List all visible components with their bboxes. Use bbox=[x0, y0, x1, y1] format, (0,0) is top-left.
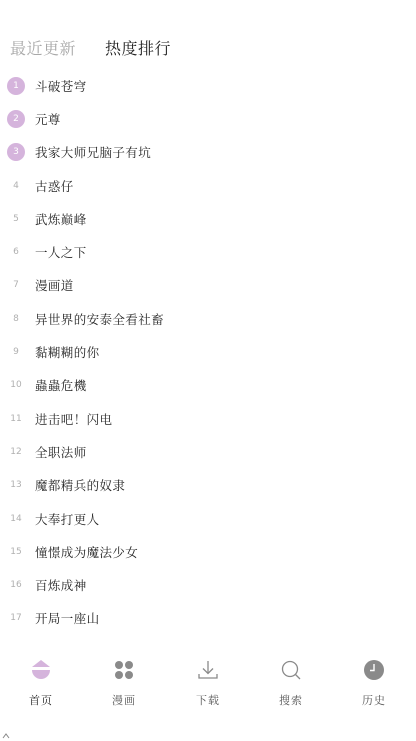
tab-hot-ranking[interactable]: 热度排行 bbox=[105, 37, 171, 61]
rank-number: 15 bbox=[7, 543, 25, 561]
comic-title: 异世界的安泰全看社畜 bbox=[35, 310, 164, 328]
list-item[interactable]: 11进击吧！闪电 bbox=[0, 402, 416, 435]
list-item[interactable]: 8异世界的安泰全看社畜 bbox=[0, 302, 416, 335]
comic-title: 我家大师兄脑子有坑 bbox=[35, 143, 151, 161]
rank-number: 7 bbox=[7, 276, 25, 294]
list-item[interactable]: 16百炼成神 bbox=[0, 568, 416, 601]
rank-number: 4 bbox=[7, 177, 25, 195]
list-item[interactable]: 2元尊 bbox=[0, 102, 416, 135]
nav-label: 历史 bbox=[362, 692, 386, 708]
comic-title: 元尊 bbox=[35, 110, 61, 128]
list-item[interactable]: 10蟲蟲危機 bbox=[0, 369, 416, 402]
list-item[interactable]: 9黏糊糊的你 bbox=[0, 335, 416, 368]
comic-title: 魔都精兵的奴隶 bbox=[35, 476, 125, 494]
nav-label: 搜索 bbox=[279, 692, 303, 708]
rank-number: 11 bbox=[7, 410, 25, 428]
comic-title: 大奉打更人 bbox=[35, 510, 100, 528]
nav-history[interactable]: 历史 bbox=[344, 650, 404, 708]
nav-label: 下载 bbox=[196, 692, 220, 708]
rank-number: 8 bbox=[7, 310, 25, 328]
nav-comics[interactable]: 漫画 bbox=[94, 650, 154, 708]
comic-title: 黏糊糊的你 bbox=[35, 343, 100, 361]
rank-number: 13 bbox=[7, 476, 25, 494]
rank-badge: 3 bbox=[7, 143, 25, 161]
comic-title: 全职法师 bbox=[35, 443, 87, 461]
comics-grid-icon bbox=[112, 658, 136, 682]
comic-title: 百炼成神 bbox=[35, 576, 87, 594]
home-icon bbox=[29, 658, 53, 682]
corner-mark-icon bbox=[2, 731, 10, 739]
rank-number: 9 bbox=[7, 343, 25, 361]
history-clock-icon bbox=[362, 658, 386, 682]
search-icon bbox=[279, 658, 303, 682]
bottom-nav: 首页 漫画 下载 搜索 历史 bbox=[0, 650, 416, 712]
comic-title: 古惑仔 bbox=[35, 177, 74, 195]
list-item[interactable]: 17开局一座山 bbox=[0, 602, 416, 635]
comic-title: 憧憬成为魔法少女 bbox=[35, 543, 138, 561]
rank-number: 14 bbox=[7, 510, 25, 528]
nav-download[interactable]: 下载 bbox=[178, 650, 238, 708]
nav-label: 首页 bbox=[29, 692, 53, 708]
nav-search[interactable]: 搜索 bbox=[261, 650, 321, 708]
top-tabs: 最近更新 热度排行 bbox=[10, 36, 171, 62]
comic-title: 开局一座山 bbox=[35, 609, 100, 627]
list-item[interactable]: 15憧憬成为魔法少女 bbox=[0, 535, 416, 568]
rank-number: 17 bbox=[7, 609, 25, 627]
comic-title: 蟲蟲危機 bbox=[35, 376, 87, 394]
comic-title: 武炼巅峰 bbox=[35, 210, 87, 228]
comic-title: 一人之下 bbox=[35, 243, 87, 261]
rank-number: 12 bbox=[7, 443, 25, 461]
download-icon bbox=[196, 658, 220, 682]
rank-number: 10 bbox=[7, 376, 25, 394]
nav-label: 漫画 bbox=[112, 692, 136, 708]
list-item[interactable]: 12全职法师 bbox=[0, 435, 416, 468]
list-item[interactable]: 13魔都精兵的奴隶 bbox=[0, 469, 416, 502]
ranking-list: 1斗破苍穹 2元尊 3我家大师兄脑子有坑 4古惑仔 5武炼巅峰 6一人之下 7漫… bbox=[0, 69, 416, 635]
comic-title: 进击吧！闪电 bbox=[35, 410, 112, 428]
list-item[interactable]: 6一人之下 bbox=[0, 235, 416, 268]
list-item[interactable]: 5武炼巅峰 bbox=[0, 202, 416, 235]
comic-title: 漫画道 bbox=[35, 276, 74, 294]
list-item[interactable]: 4古惑仔 bbox=[0, 169, 416, 202]
comic-title: 斗破苍穹 bbox=[35, 77, 87, 95]
tab-recent-updates[interactable]: 最近更新 bbox=[10, 37, 76, 61]
rank-badge: 2 bbox=[7, 110, 25, 128]
rank-number: 5 bbox=[7, 210, 25, 228]
rank-badge: 1 bbox=[7, 77, 25, 95]
nav-home[interactable]: 首页 bbox=[11, 650, 71, 708]
list-item[interactable]: 1斗破苍穹 bbox=[0, 69, 416, 102]
list-item[interactable]: 7漫画道 bbox=[0, 269, 416, 302]
rank-number: 16 bbox=[7, 576, 25, 594]
rank-number: 6 bbox=[7, 243, 25, 261]
list-item[interactable]: 3我家大师兄脑子有坑 bbox=[0, 136, 416, 169]
list-item[interactable]: 14大奉打更人 bbox=[0, 502, 416, 535]
